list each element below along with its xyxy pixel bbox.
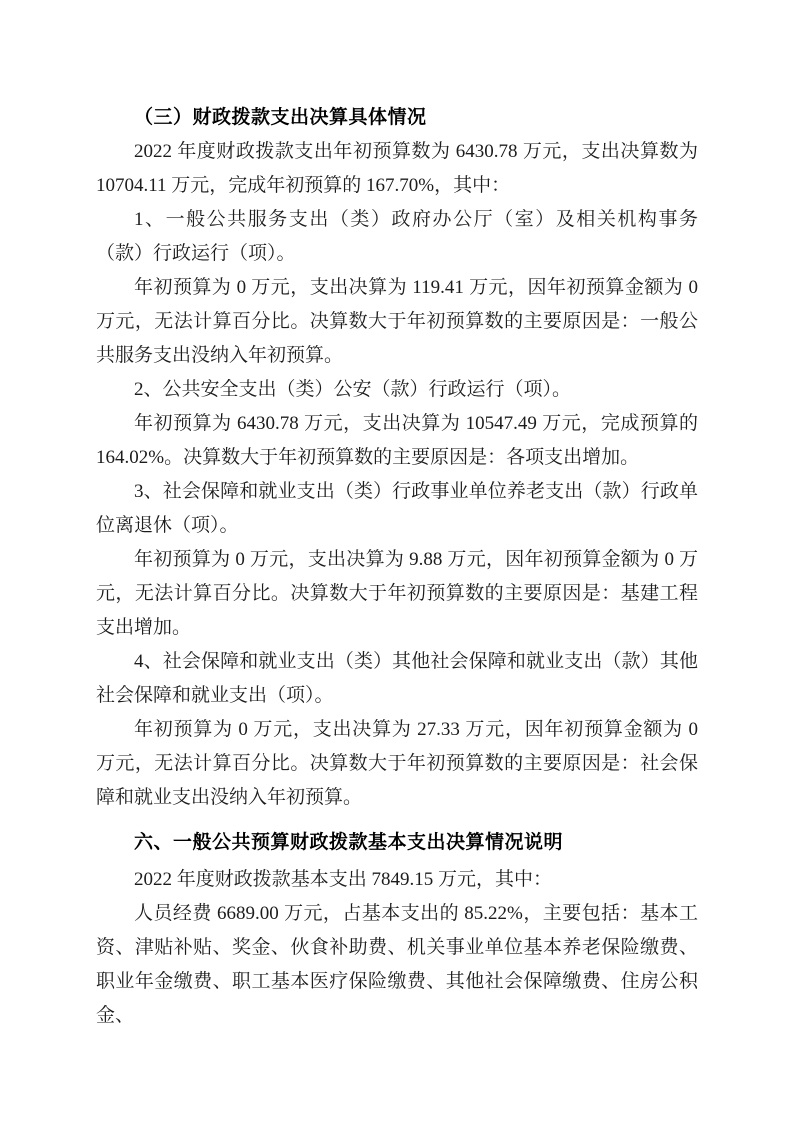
paragraph-item-4-detail: 年初预算为 0 万元，支出决算为 27.33 万元，因年初预算金额为 0 万元，… (96, 713, 698, 815)
paragraph-item-3-title: 3、社会保障和就业支出（类）行政事业单位养老支出（款）行政单位离退休（项）。 (96, 475, 698, 543)
section-heading-basic-expenditure-explanation: 六、一般公共预算财政拨款基本支出决算情况说明 (96, 826, 698, 860)
document-page: （三）财政拨款支出决算具体情况 2022 年度财政拨款支出年初预算数为 6430… (0, 0, 793, 1122)
section-heading-fiscal-expenditure-details: （三）财政拨款支出决算具体情况 (96, 101, 698, 135)
paragraph-item-2-title: 2、公共安全支出（类）公安（款）行政运行（项）。 (96, 373, 698, 407)
paragraph-budget-summary: 2022 年度财政拨款支出年初预算数为 6430.78 万元，支出决算数为 10… (96, 135, 698, 203)
paragraph-personnel-expenses: 人员经费 6689.00 万元，占基本支出的 85.22%，主要包括：基本工资、… (96, 897, 698, 1033)
document-body: （三）财政拨款支出决算具体情况 2022 年度财政拨款支出年初预算数为 6430… (96, 101, 698, 1033)
paragraph-item-2-detail: 年初预算为 6430.78 万元，支出决算为 10547.49 万元，完成预算的… (96, 407, 698, 475)
paragraph-item-3-detail: 年初预算为 0 万元，支出决算为 9.88 万元，因年初预算金额为 0 万元，无… (96, 543, 698, 645)
paragraph-basic-expenditure-summary: 2022 年度财政拨款基本支出 7849.15 万元，其中： (96, 863, 698, 897)
paragraph-item-4-title: 4、社会保障和就业支出（类）其他社会保障和就业支出（款）其他社会保障和就业支出（… (96, 645, 698, 713)
paragraph-item-1-title: 1、一般公共服务支出（类）政府办公厅（室）及相关机构事务（款）行政运行（项）。 (96, 203, 698, 271)
paragraph-item-1-detail: 年初预算为 0 万元，支出决算为 119.41 万元，因年初预算金额为 0 万元… (96, 271, 698, 373)
